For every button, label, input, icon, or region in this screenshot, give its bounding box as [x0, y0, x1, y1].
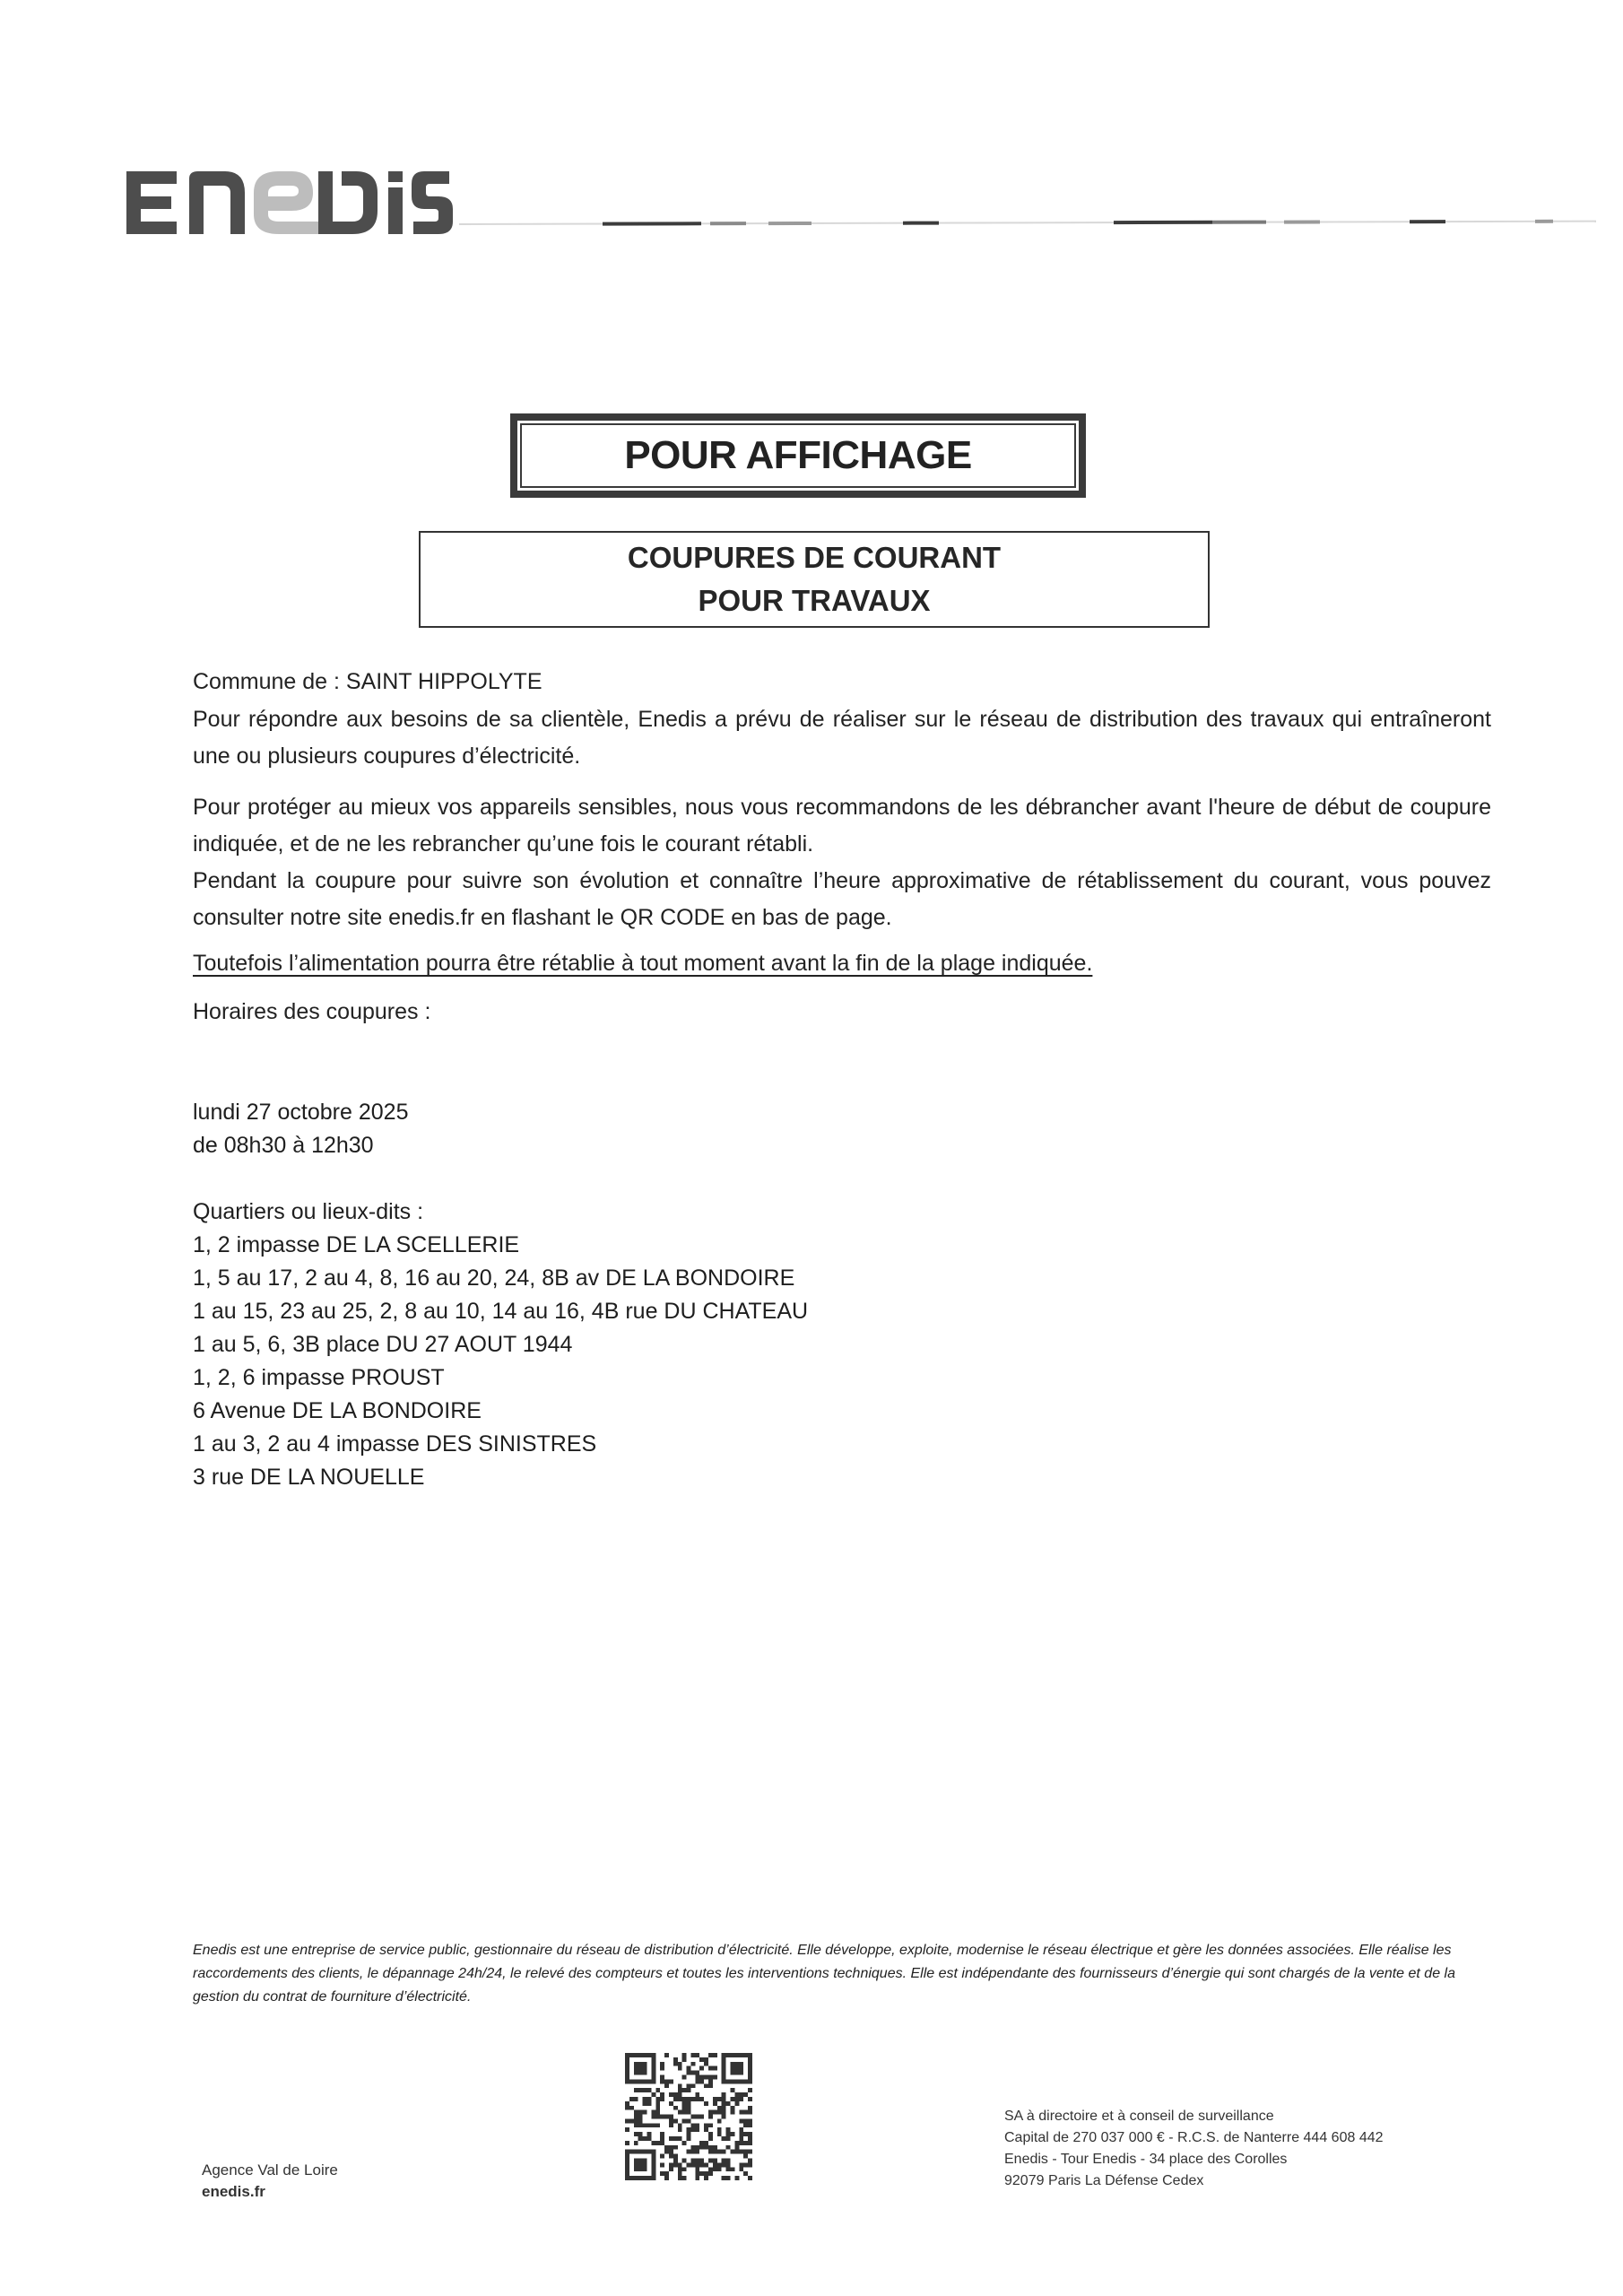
coupures-title-line1: COUPURES DE COURANT	[628, 536, 1001, 579]
list-item: 6 Avenue DE LA BONDOIRE	[193, 1395, 808, 1428]
qr-code-icon[interactable]	[625, 2053, 752, 2180]
company-info: SA à directoire et à conseil de surveill…	[1004, 2106, 1384, 2192]
list-item: 3 rue DE LA NOUELLE	[193, 1461, 808, 1494]
places-list: Quartiers ou lieux-dits : 1, 2 impasse D…	[193, 1196, 808, 1494]
list-item: 1, 5 au 17, 2 au 4, 8, 16 au 20, 24, 8B …	[193, 1262, 808, 1295]
website-link[interactable]: enedis.fr	[202, 2181, 338, 2203]
agency-block: Agence Val de Loire enedis.fr	[202, 2160, 338, 2203]
coupures-title-box: COUPURES DE COURANT POUR TRAVAUX	[419, 531, 1210, 628]
protection-paragraph: Pour protéger au mieux vos appareils sen…	[193, 789, 1491, 863]
list-item: 1 au 5, 6, 3B place DU 27 AOUT 1944	[193, 1328, 808, 1361]
enedis-logo-icon	[121, 166, 453, 239]
enedis-logo	[121, 166, 453, 251]
company-line: Enedis - Tour Enedis - 34 place des Coro…	[1004, 2149, 1384, 2170]
schedule-block: lundi 27 octobre 2025 de 08h30 à 12h30	[193, 1096, 408, 1162]
schedule-time: de 08h30 à 12h30	[193, 1129, 408, 1162]
list-item: 1, 2, 6 impasse PROUST	[193, 1361, 808, 1395]
commune-label: Commune de : SAINT HIPPOLYTE	[193, 669, 542, 695]
company-line: 92079 Paris La Défense Cedex	[1004, 2170, 1384, 2192]
schedule-label: Horaires des coupures :	[193, 999, 430, 1025]
schedule-date: lundi 27 octobre 2025	[193, 1096, 408, 1129]
pour-affichage-title: POUR AFFICHAGE	[510, 413, 1086, 498]
company-line: SA à directoire et à conseil de surveill…	[1004, 2106, 1384, 2127]
warning-text: Toutefois l’alimentation pourra être rét…	[193, 951, 1092, 977]
legal-notice: Enedis est une entreprise de service pub…	[193, 1939, 1464, 2009]
list-item: 1 au 15, 23 au 25, 2, 8 au 10, 14 au 16,…	[193, 1295, 808, 1328]
places-label: Quartiers ou lieux-dits :	[193, 1196, 808, 1229]
agency-name: Agence Val de Loire	[202, 2160, 338, 2181]
intro-paragraph: Pour répondre aux besoins de sa clientèl…	[193, 701, 1491, 775]
coupures-title-line2: POUR TRAVAUX	[698, 579, 930, 622]
qr-info-paragraph: Pendant la coupure pour suivre son évolu…	[193, 863, 1491, 936]
header-dashed-rule	[459, 220, 1596, 226]
list-item: 1, 2 impasse DE LA SCELLERIE	[193, 1229, 808, 1262]
list-item: 1 au 3, 2 au 4 impasse DES SINISTRES	[193, 1428, 808, 1461]
company-line: Capital de 270 037 000 € - R.C.S. de Nan…	[1004, 2127, 1384, 2149]
